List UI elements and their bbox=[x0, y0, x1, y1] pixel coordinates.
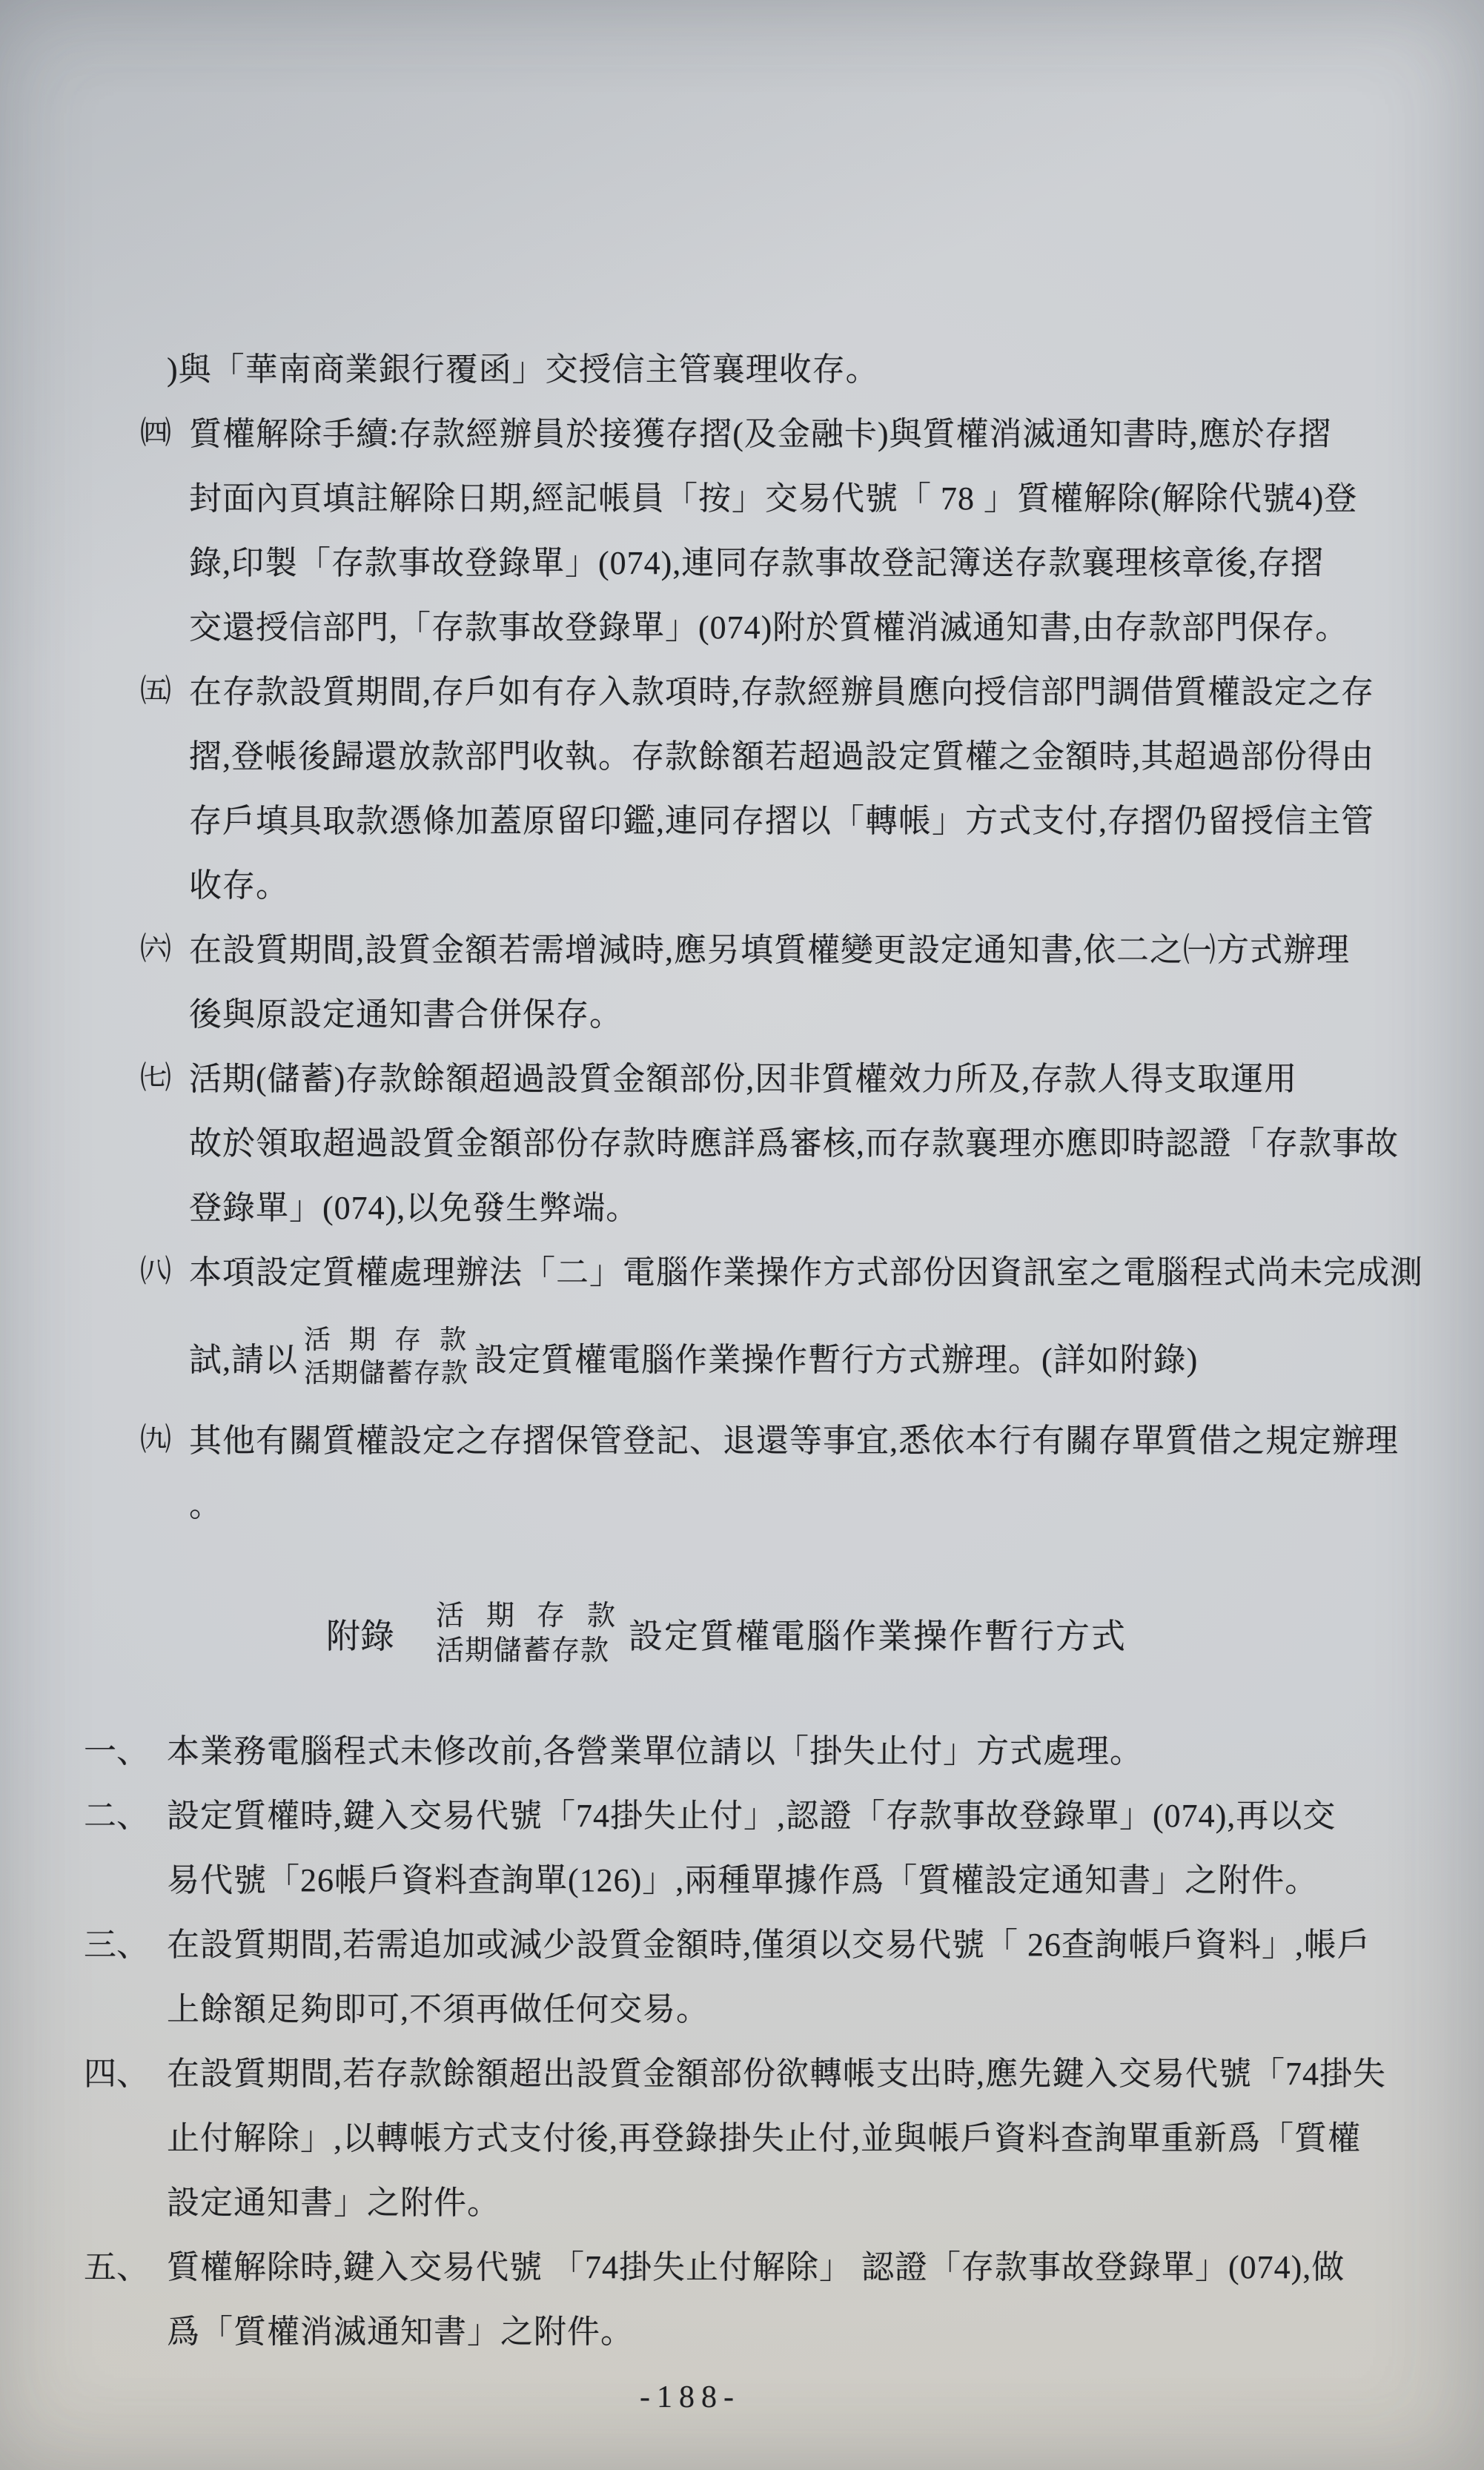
stacked-term: 活期存款 活期儲蓄存款 bbox=[304, 1323, 468, 1390]
numbered-item-4: 四、 在設質期間,若存款餘額超出設質金額部份欲轉帳支出時,應先鍵入交易代號「74… bbox=[167, 2042, 1469, 2235]
fraction-line-after: 設定質權電腦作業操作暫行方式辦理。(詳如附錄) bbox=[474, 1333, 1198, 1380]
text-line: 在設質期間,若存款餘額超出設質金額部份欲轉帳支出時,應先鍵入交易代號「74掛失 bbox=[167, 2042, 1469, 2106]
item-marker: ㈨ bbox=[140, 1408, 171, 1473]
item-marker: ㈦ bbox=[140, 1047, 171, 1111]
numbered-item-1: 一、 本業務電腦程式未修改前,各營業單位請以「掛失止付」方式處理。 bbox=[167, 1719, 1469, 1784]
text-line: 質權解除手續:存款經辦員於接獲存摺(及金融卡)與質權消滅通知書時,應於存摺 bbox=[189, 402, 1462, 466]
fraction-text-line: 試,請以 活期存款 活期儲蓄存款 設定質權電腦作業操作暫行方式辦理。(詳如附錄) bbox=[189, 1305, 1462, 1408]
text-line: 活期(儲蓄)存款餘額超過設質金額部份,因非質權效力所及,存款人得支取運用 bbox=[189, 1047, 1462, 1111]
text-line: 本項設定質權處理辦法「二」電腦作業操作方式部份因資訊室之電腦程式尚未完成測 bbox=[189, 1240, 1462, 1305]
scanned-document-page: )與「華南商業銀行覆函」交授信主管襄理收存。 ㈣ 質權解除手續:存款經辦員於接獲… bbox=[0, 0, 1484, 2470]
list-item-7: ㈦ 活期(儲蓄)存款餘額超過設質金額部份,因非質權效力所及,存款人得支取運用 故… bbox=[189, 1047, 1462, 1240]
text-line: 設定質權時,鍵入交易代號「74掛失止付」,認證「存款事故登錄單」(074),再以… bbox=[167, 1784, 1469, 1848]
numbered-item-5: 五、 質權解除時,鍵入交易代號 「74掛失止付解除」 認證「存款事故登錄單」(0… bbox=[167, 2235, 1469, 2364]
item-marker: ㈣ bbox=[140, 402, 171, 466]
stacked-term-top: 活期存款 bbox=[304, 1323, 485, 1357]
item-marker: 一、 bbox=[84, 1719, 149, 1784]
item-marker: ㈧ bbox=[140, 1240, 171, 1305]
item-marker: 二、 bbox=[84, 1784, 149, 1848]
text-line: 登錄單」(074),以免發生弊端。 bbox=[189, 1176, 1462, 1240]
text-line: 爲「質權消滅通知書」之附件。 bbox=[167, 2300, 1469, 2364]
item-marker: 五、 bbox=[84, 2235, 149, 2300]
list-item-6: ㈥ 在設質期間,設質金額若需增減時,應另填質權變更設定通知書,依二之㈠方式辦理 … bbox=[189, 918, 1462, 1047]
item-marker: 四、 bbox=[84, 2042, 149, 2106]
text-line: 本業務電腦程式未修改前,各營業單位請以「掛失止付」方式處理。 bbox=[167, 1719, 1469, 1784]
appendix-heading: 附錄 活期存款 活期儲蓄存款 設定質權電腦作業操作暫行方式 bbox=[326, 1578, 1484, 1689]
list-item-4: ㈣ 質權解除手續:存款經辦員於接獲存摺(及金融卡)與質權消滅通知書時,應於存摺 … bbox=[189, 402, 1462, 660]
stacked-term-top: 活期存款 bbox=[436, 1599, 637, 1635]
text-line: 故於領取超過設質金額部份存款時應詳爲審核,而存款襄理亦應即時認證「存款事故 bbox=[189, 1111, 1462, 1176]
text-line: 其他有關質權設定之存摺保管登記、退還等事宜,悉依本行有關存單質借之規定辦理 bbox=[189, 1408, 1462, 1473]
text-line: 在設質期間,設質金額若需增減時,應另填質權變更設定通知書,依二之㈠方式辦理 bbox=[189, 918, 1462, 982]
numbered-item-2: 二、 設定質權時,鍵入交易代號「74掛失止付」,認證「存款事故登錄單」(074)… bbox=[167, 1784, 1469, 1913]
continuation-line: )與「華南商業銀行覆函」交授信主管襄理收存。 bbox=[167, 337, 1454, 402]
page-number: -188- bbox=[0, 2375, 1432, 2420]
text-line: 在存款設質期間,存戶如有存入款項時,存款經辦員應向授信部門調借質權設定之存 bbox=[189, 660, 1462, 724]
list-item-9: ㈨ 其他有關質權設定之存摺保管登記、退還等事宜,悉依本行有關存單質借之規定辦理 … bbox=[189, 1408, 1462, 1537]
appendix-title: 設定質權電腦作業操作暫行方式 bbox=[629, 1609, 1127, 1658]
item-marker: ㈥ bbox=[140, 918, 171, 982]
appendix-label: 附錄 bbox=[326, 1609, 394, 1658]
text-line: 收存。 bbox=[189, 853, 1462, 918]
text-line: 質權解除時,鍵入交易代號 「74掛失止付解除」 認證「存款事故登錄單」(074)… bbox=[167, 2235, 1469, 2300]
text-line: 錄,印製「存款事故登錄單」(074),連同存款事故登記簿送存款襄理核章後,存摺 bbox=[189, 531, 1462, 595]
fraction-line-before: 試,請以 bbox=[189, 1333, 298, 1380]
text-line: 摺,登帳後歸還放款部門收執。存款餘額若超過設定質權之金額時,其超過部份得由 bbox=[189, 724, 1462, 789]
item-marker: ㈤ bbox=[140, 660, 171, 724]
stacked-term-bottom: 活期儲蓄存款 bbox=[304, 1357, 468, 1390]
item-marker: 三、 bbox=[84, 1913, 149, 1977]
stacked-term-bottom: 活期儲蓄存款 bbox=[436, 1634, 609, 1669]
stacked-term: 活期存款 活期儲蓄存款 bbox=[436, 1599, 615, 1669]
document-content: )與「華南商業銀行覆函」交授信主管襄理收存。 ㈣ 質權解除手續:存款經辦員於接獲… bbox=[0, 0, 1484, 2470]
text-line: 存戶填具取款憑條加蓋原留印鑑,連同存摺以「轉帳」方式支付,存摺仍留授信主管 bbox=[189, 789, 1462, 853]
text-line: 止付解除」,以轉帳方式支付後,再登錄掛失止付,並與帳戶資料查詢單重新爲「質權 bbox=[167, 2106, 1469, 2171]
text-line: 設定通知書」之附件。 bbox=[167, 2171, 1469, 2235]
numbered-item-3: 三、 在設質期間,若需追加或減少設質金額時,僅須以交易代號「 26查詢帳戶資料」… bbox=[167, 1913, 1469, 2042]
text-line: 上餘額足夠即可,不須再做任何交易。 bbox=[167, 1977, 1469, 2042]
text-line: 易代號「26帳戶資料查詢單(126)」,兩種單據作爲「質權設定通知書」之附件。 bbox=[167, 1848, 1469, 1913]
text-line: 後與原設定通知書合併保存。 bbox=[189, 982, 1462, 1047]
text-line: 在設質期間,若需追加或減少設質金額時,僅須以交易代號「 26查詢帳戶資料」,帳戶 bbox=[167, 1913, 1469, 1977]
list-item-8: ㈧ 本項設定質權處理辦法「二」電腦作業操作方式部份因資訊室之電腦程式尚未完成測 … bbox=[189, 1240, 1462, 1408]
text-line: 交還授信部門,「存款事故登錄單」(074)附於質權消滅通知書,由存款部門保存。 bbox=[189, 595, 1462, 660]
text-line: 封面內頁填註解除日期,經記帳員「按」交易代號「 78 」質權解除(解除代號4)登 bbox=[189, 466, 1462, 531]
text-line: 。 bbox=[189, 1473, 1462, 1537]
list-item-5: ㈤ 在存款設質期間,存戶如有存入款項時,存款經辦員應向授信部門調借質權設定之存 … bbox=[189, 660, 1462, 918]
